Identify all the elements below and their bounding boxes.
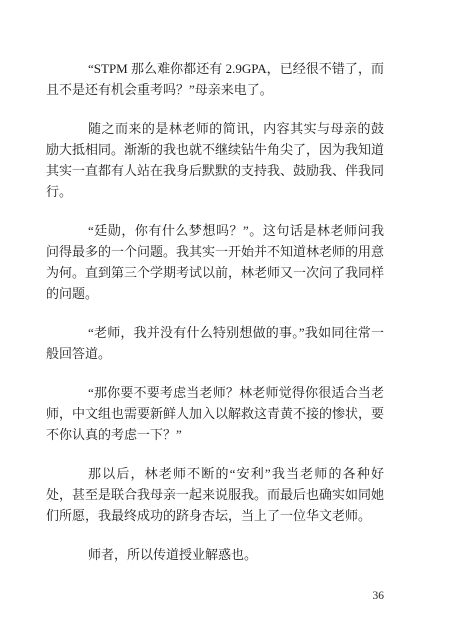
paragraph: “STPM 那么难你都还有 2.9GPA，已经很不错了，而且不是还有机会重考吗？… <box>46 58 384 100</box>
document-page: “STPM 那么难你都还有 2.9GPA，已经很不错了，而且不是还有机会重考吗？… <box>0 0 450 640</box>
paragraph: “老师，我并没有什么特别想做的事。”我如同往常一般回答道。 <box>46 322 384 364</box>
paragraph: “那你要不要考虑当老师？林老师觉得你很适合当老师，中文组也需要新鲜人加入以解救这… <box>46 382 384 445</box>
paragraph: 那以后，林老师不断的“安利”我当老师的各种好处，甚至是联合我母亲一起来说服我。而… <box>46 463 384 526</box>
page-number: 36 <box>46 590 384 602</box>
document-body: “STPM 那么难你都还有 2.9GPA，已经很不错了，而且不是还有机会重考吗？… <box>46 58 384 583</box>
paragraph: 随之而来的是林老师的简讯，内容其实与母亲的鼓励大抵相同。渐渐的我也就不继续钻牛角… <box>46 118 384 202</box>
paragraph: “廷勋，你有什么梦想吗？”。这句话是林老师问我问得最多的一个问题。我其实一开始并… <box>46 220 384 304</box>
paragraph: 师者，所以传道授业解惑也。 <box>46 544 384 565</box>
